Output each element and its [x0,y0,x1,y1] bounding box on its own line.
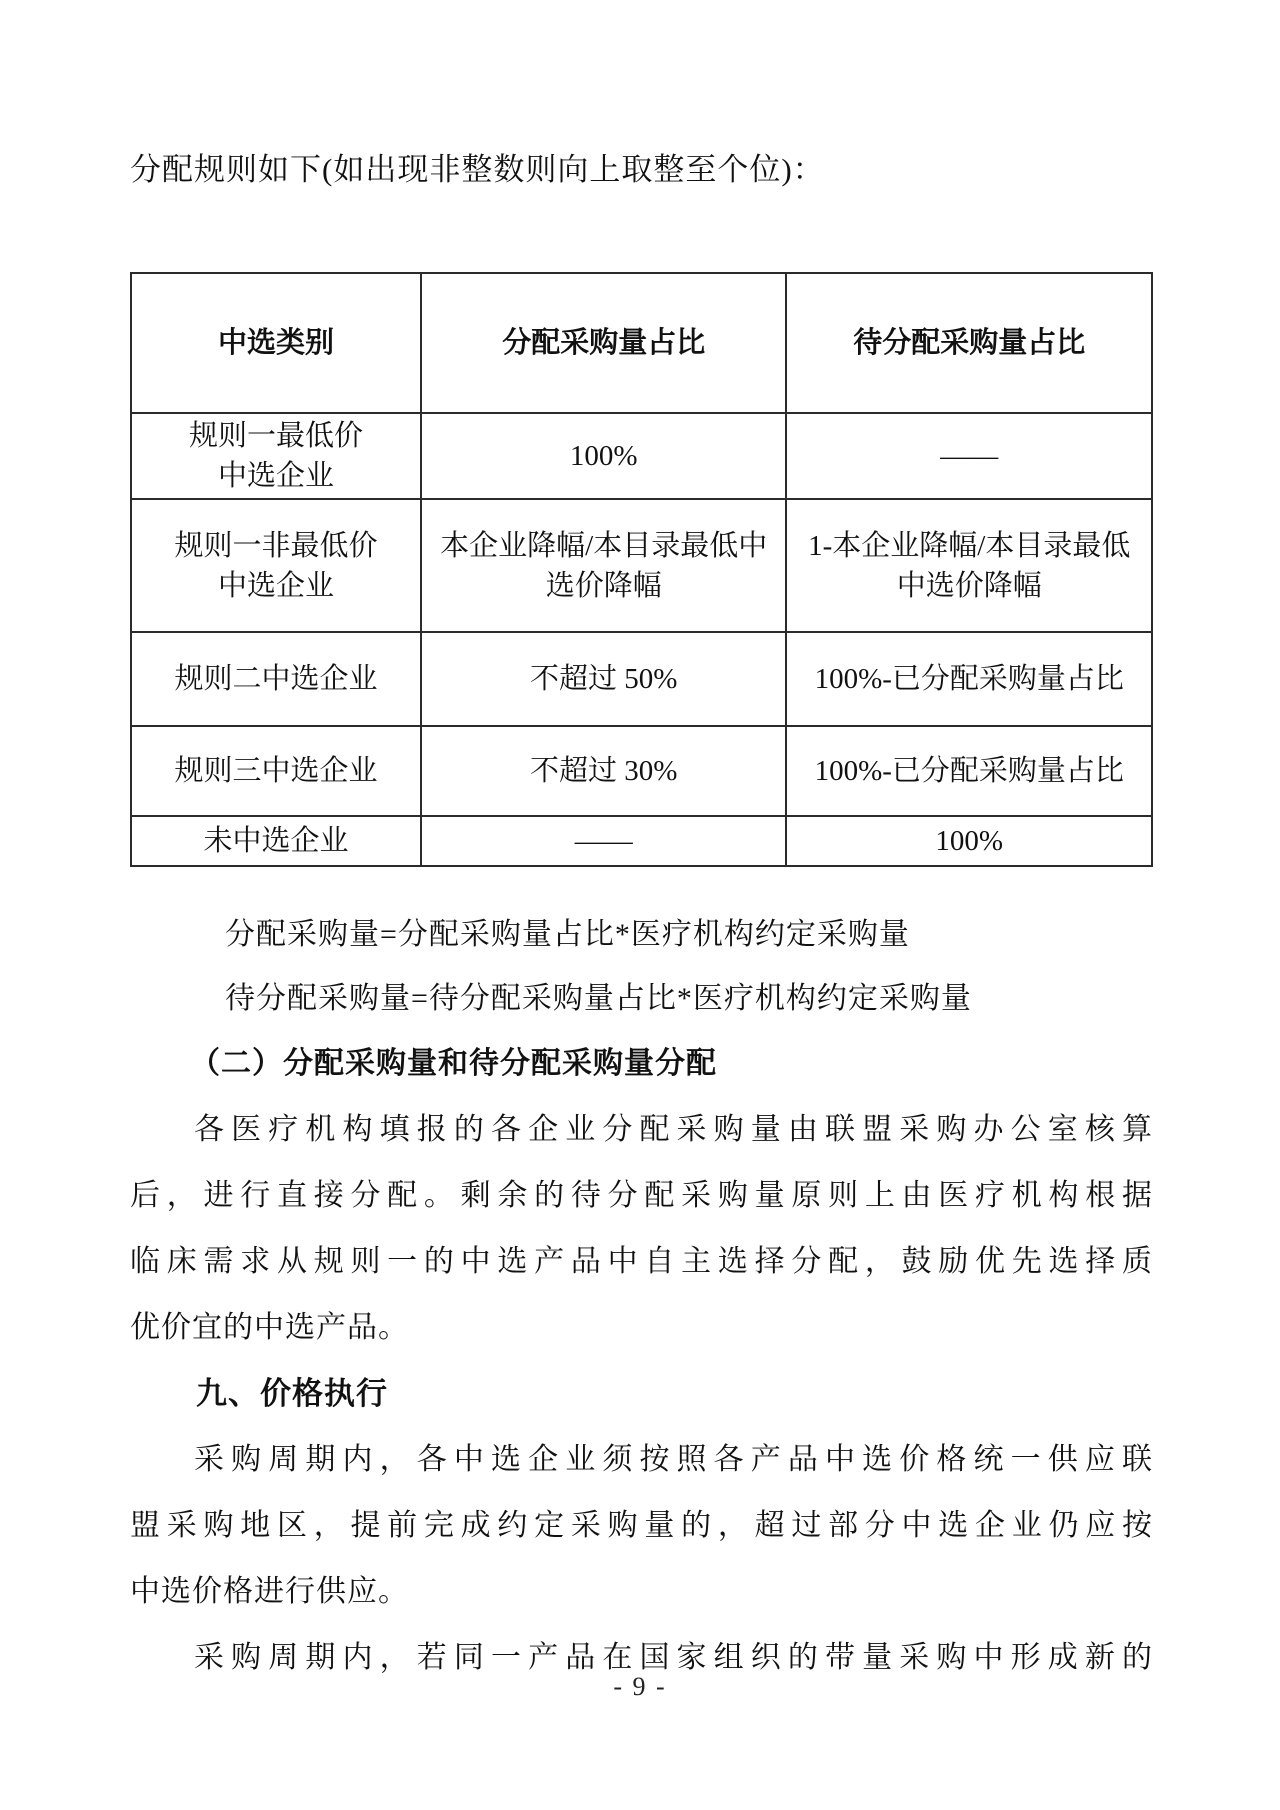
cell-allocated: 本企业降幅/本目录最低中 选价降幅 [421,499,787,632]
cell-line: 中选企业 [138,456,414,496]
section-heading-9: 九、价格执行 [130,1361,1153,1427]
header-cell-pending-ratio: 待分配采购量占比 [786,273,1152,413]
cell-line: 不超过 30% [428,751,780,791]
intro-text: 分配规则如下(如出现非整数则向上取整至个位)： [130,148,1153,192]
cell-line: 不超过 50% [428,659,780,699]
paragraph-line: 后，进行直接分配。剩余的待分配采购量原则上由医疗机构根据 [130,1163,1153,1229]
paragraph-line: 中选价格进行供应。 [130,1559,1153,1625]
cell-line: 中选价降幅 [793,566,1145,606]
cell-allocated: 100% [421,413,787,499]
cell-line: 中选企业 [138,566,414,606]
table-row: 规则二中选企业 不超过 50% 100%-已分配采购量占比 [131,632,1152,726]
page-number: - 9 - [0,1672,1280,1702]
cell-line: 本企业降幅/本目录最低中 [428,526,780,566]
cell-category: 规则二中选企业 [131,632,421,726]
cell-line: 100% [428,436,780,476]
cell-pending: —— [786,413,1152,499]
cell-category: 规则一非最低价 中选企业 [131,499,421,632]
cell-line: 1-本企业降幅/本目录最低 [793,526,1145,566]
cell-pending: 100%-已分配采购量占比 [786,632,1152,726]
formula-allocated: 分配采购量=分配采购量占比*医疗机构约定采购量 [130,903,1153,967]
paragraph-line: 优价宜的中选产品。 [130,1295,1153,1361]
cell-line: 规则一非最低价 [138,526,414,566]
section-heading-2: （二）分配采购量和待分配采购量分配 [130,1031,1153,1097]
cell-allocated: 不超过 50% [421,632,787,726]
cell-category: 规则一最低价 中选企业 [131,413,421,499]
cell-line: 选价降幅 [428,566,780,606]
paragraph-line: 采购周期内，各中选企业须按照各产品中选价格统一供应联 [130,1427,1153,1493]
table-row: 规则一最低价 中选企业 100% —— [131,413,1152,499]
cell-line: 100% [793,821,1145,861]
table-row: 未中选企业 —— 100% [131,816,1152,866]
paragraph-line: 各医疗机构填报的各企业分配采购量由联盟采购办公室核算 [130,1097,1153,1163]
header-cell-allocated-ratio: 分配采购量占比 [421,273,787,413]
cell-allocated: —— [421,816,787,866]
header-cell-category: 中选类别 [131,273,421,413]
cell-category: 未中选企业 [131,816,421,866]
paragraph-line: 盟采购地区，提前完成约定采购量的，超过部分中选企业仍应按 [130,1493,1153,1559]
cell-allocated: 不超过 30% [421,726,787,816]
paragraph-price-1: 采购周期内，各中选企业须按照各产品中选价格统一供应联 盟采购地区，提前完成约定采… [130,1427,1153,1625]
allocation-table: 中选类别 分配采购量占比 待分配采购量占比 规则一最低价 中选企业 100% —… [130,272,1153,867]
paragraph-line: 临床需求从规则一的中选产品中自主选择分配，鼓励优先选择质 [130,1229,1153,1295]
document-page: 分配规则如下(如出现非整数则向上取整至个位)： 中选类别 分配采购量占比 待分配… [130,148,1153,1691]
cell-line: 规则一最低价 [138,416,414,456]
cell-line: 100%-已分配采购量占比 [793,751,1145,791]
cell-line: —— [428,821,780,861]
cell-pending: 100%-已分配采购量占比 [786,726,1152,816]
paragraph-allocation: 各医疗机构填报的各企业分配采购量由联盟采购办公室核算 后，进行直接分配。剩余的待… [130,1097,1153,1361]
formula-pending: 待分配采购量=待分配采购量占比*医疗机构约定采购量 [130,967,1153,1031]
cell-line: —— [793,436,1145,476]
cell-line: 规则二中选企业 [138,659,414,699]
cell-line: 未中选企业 [138,821,414,861]
cell-line: 100%-已分配采购量占比 [793,659,1145,699]
cell-line: 规则三中选企业 [138,751,414,791]
cell-pending: 1-本企业降幅/本目录最低 中选价降幅 [786,499,1152,632]
formula-block: 分配采购量=分配采购量占比*医疗机构约定采购量 待分配采购量=待分配采购量占比*… [130,903,1153,1031]
cell-pending: 100% [786,816,1152,866]
table-row: 规则一非最低价 中选企业 本企业降幅/本目录最低中 选价降幅 1-本企业降幅/本… [131,499,1152,632]
table-header-row: 中选类别 分配采购量占比 待分配采购量占比 [131,273,1152,413]
cell-category: 规则三中选企业 [131,726,421,816]
table-row: 规则三中选企业 不超过 30% 100%-已分配采购量占比 [131,726,1152,816]
